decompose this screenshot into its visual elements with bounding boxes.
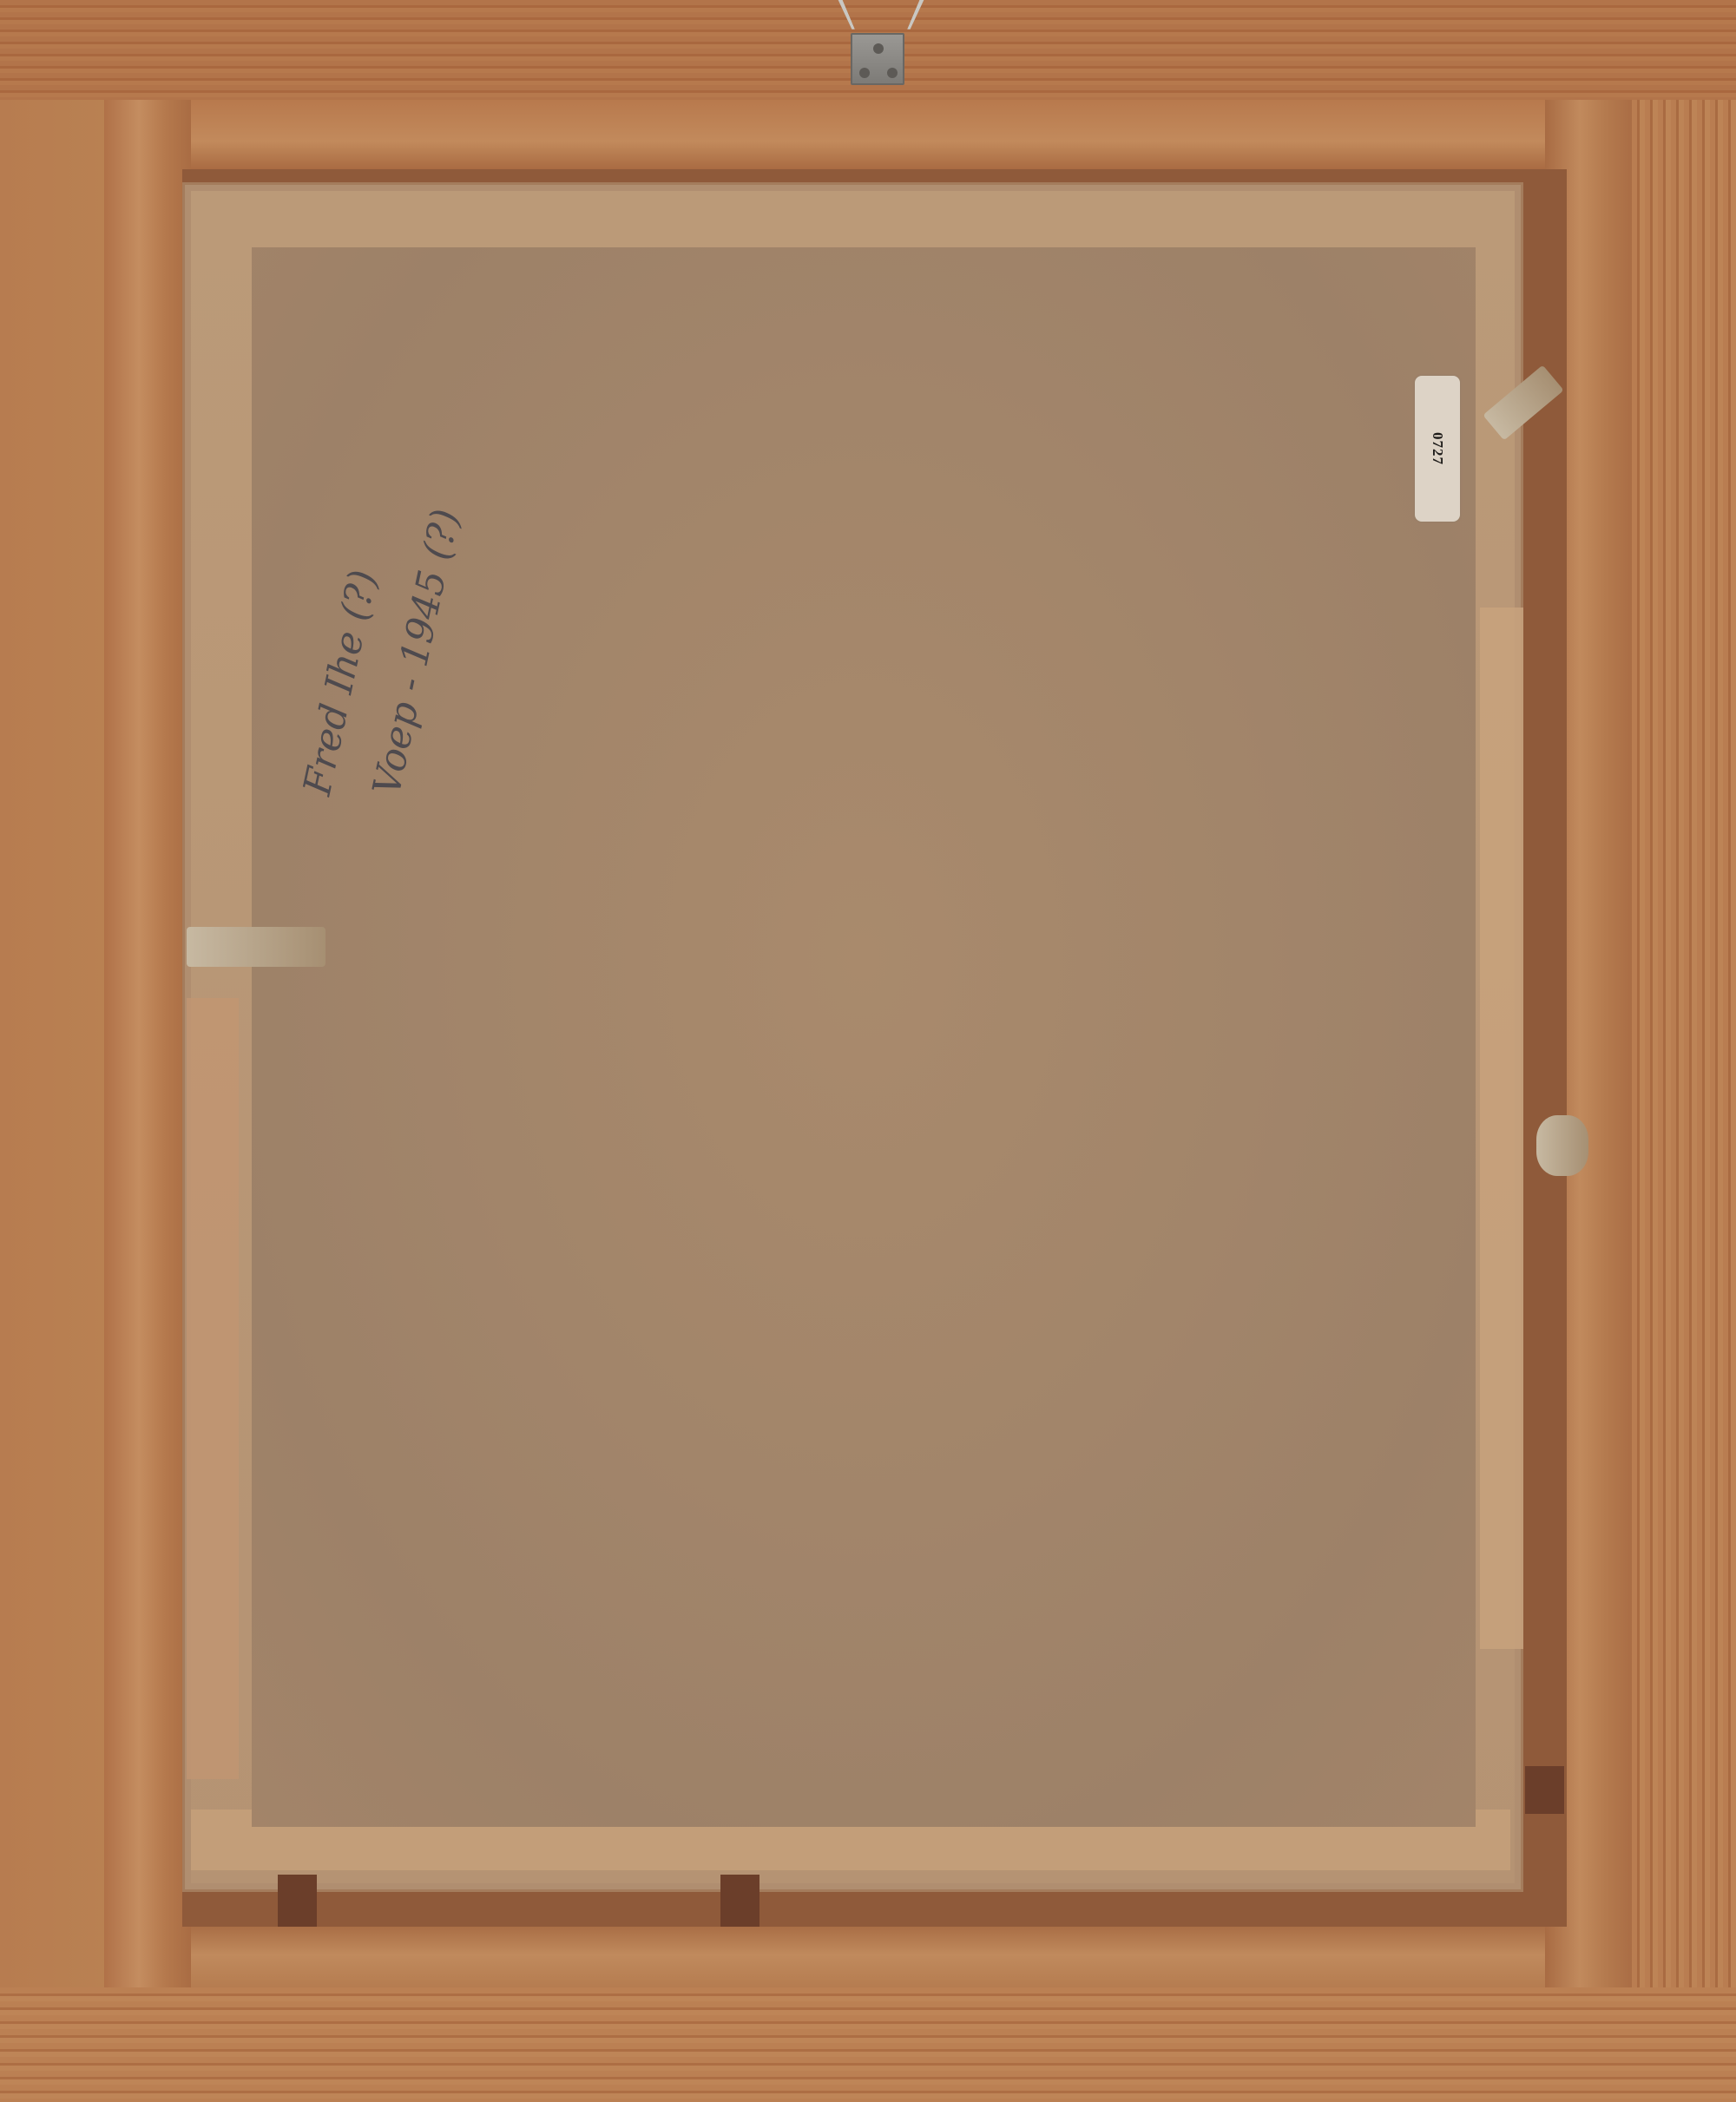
frame-bottom-rail: [0, 1987, 1736, 2102]
frame-left-rail: [0, 100, 104, 1987]
rivet-icon: [887, 68, 898, 78]
rivet-icon: [859, 68, 870, 78]
dark-tab: [278, 1875, 317, 1927]
inventory-number: 0727: [1429, 432, 1446, 465]
retaining-clip-left: [187, 927, 325, 967]
dark-tab: [1525, 1766, 1564, 1814]
sawtooth-hanger-icon: [851, 33, 904, 85]
tape-curl-right-lower: [1536, 1115, 1588, 1176]
frame-right-rail: [1632, 100, 1736, 1987]
kraft-tape-top: [191, 100, 1545, 169]
torn-paper-strip-left: [187, 998, 239, 1779]
rivet-icon: [873, 43, 884, 54]
hanger-wire: [838, 0, 924, 30]
kraft-tape-left: [104, 100, 191, 1987]
backing-card: [252, 247, 1476, 1827]
kraft-tape-bottom: [191, 1922, 1545, 1987]
inventory-label: 0727: [1415, 376, 1460, 522]
torn-paper-strip-right: [1480, 608, 1523, 1649]
dark-tab: [720, 1875, 759, 1927]
